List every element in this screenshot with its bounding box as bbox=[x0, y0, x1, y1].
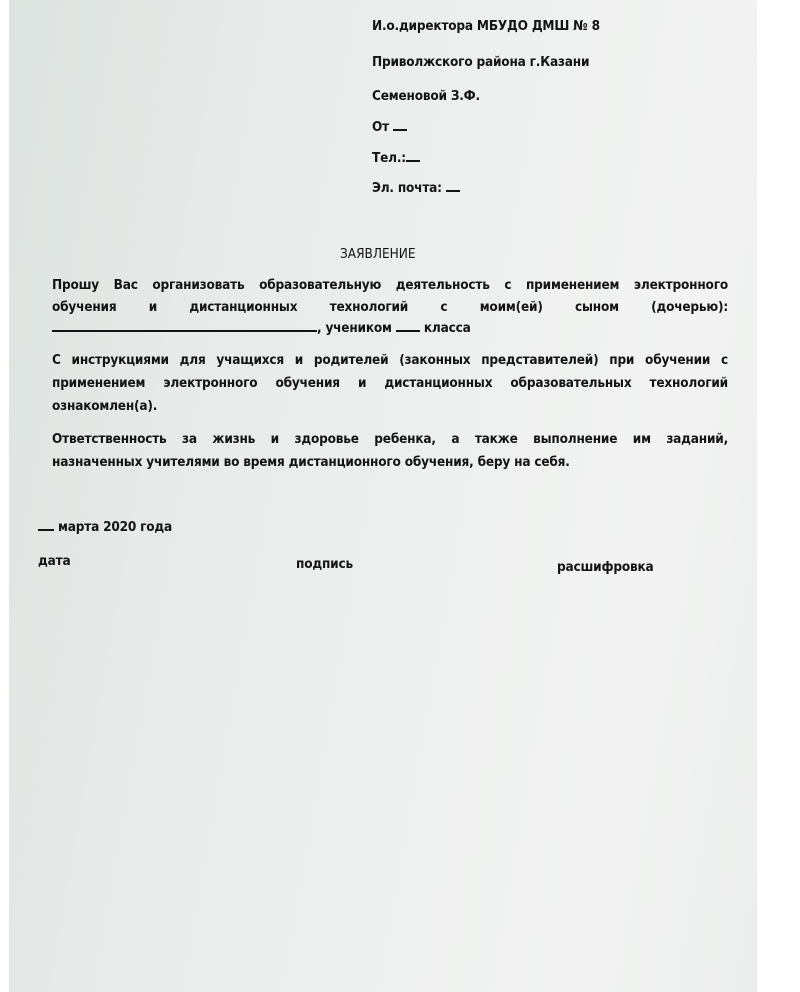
date-text: марта 2020 года bbox=[58, 519, 172, 535]
email-blank bbox=[446, 180, 460, 192]
class-blank bbox=[396, 320, 420, 332]
signature-label: подпись bbox=[296, 556, 353, 572]
phone-blank bbox=[406, 150, 420, 162]
paragraph-3-line-2: назначенных учителями во время дистанцио… bbox=[52, 454, 570, 470]
phone-field: Тел.: bbox=[372, 150, 420, 166]
from-field: От bbox=[372, 119, 407, 135]
paragraph-1-line-3: , учеником класса bbox=[52, 320, 471, 336]
decode-label: расшифровка bbox=[557, 559, 654, 575]
paragraph-2-line-3: ознакомлен(а). bbox=[52, 398, 157, 414]
class-label: класса bbox=[424, 320, 471, 336]
paragraph-1-line-2: обучения и дистанционных технологий с мо… bbox=[52, 299, 728, 315]
paragraph-3-line-1: Ответственность за жизнь и здоровье ребе… bbox=[52, 431, 728, 447]
document-title: ЗАЯВЛЕНИЕ bbox=[340, 246, 416, 262]
paragraph-1-line-1: Прошу Вас организовать образовательную д… bbox=[52, 277, 728, 293]
date-line: марта 2020 года bbox=[38, 519, 172, 535]
addressee-line-3: Семеновой З.Ф. bbox=[372, 88, 480, 104]
phone-label: Тел.: bbox=[372, 150, 406, 166]
email-label: Эл. почта: bbox=[372, 180, 442, 196]
child-name-blank bbox=[52, 320, 317, 332]
date-label: дата bbox=[38, 553, 70, 569]
addressee-line-1: И.о.директора МБУДО ДМШ № 8 bbox=[372, 18, 600, 34]
from-label: От bbox=[372, 119, 389, 135]
addressee-line-2: Приволжского района г.Казани bbox=[372, 54, 589, 70]
day-blank bbox=[38, 519, 54, 531]
email-field: Эл. почта: bbox=[372, 180, 460, 196]
student-label: , учеником bbox=[317, 320, 392, 336]
paragraph-2-line-2: применением электронного обучения и дист… bbox=[52, 375, 728, 391]
paragraph-2-line-1: С инструкциями для учащихся и родителей … bbox=[52, 352, 728, 368]
from-blank bbox=[393, 119, 407, 131]
document-page bbox=[9, 0, 757, 992]
